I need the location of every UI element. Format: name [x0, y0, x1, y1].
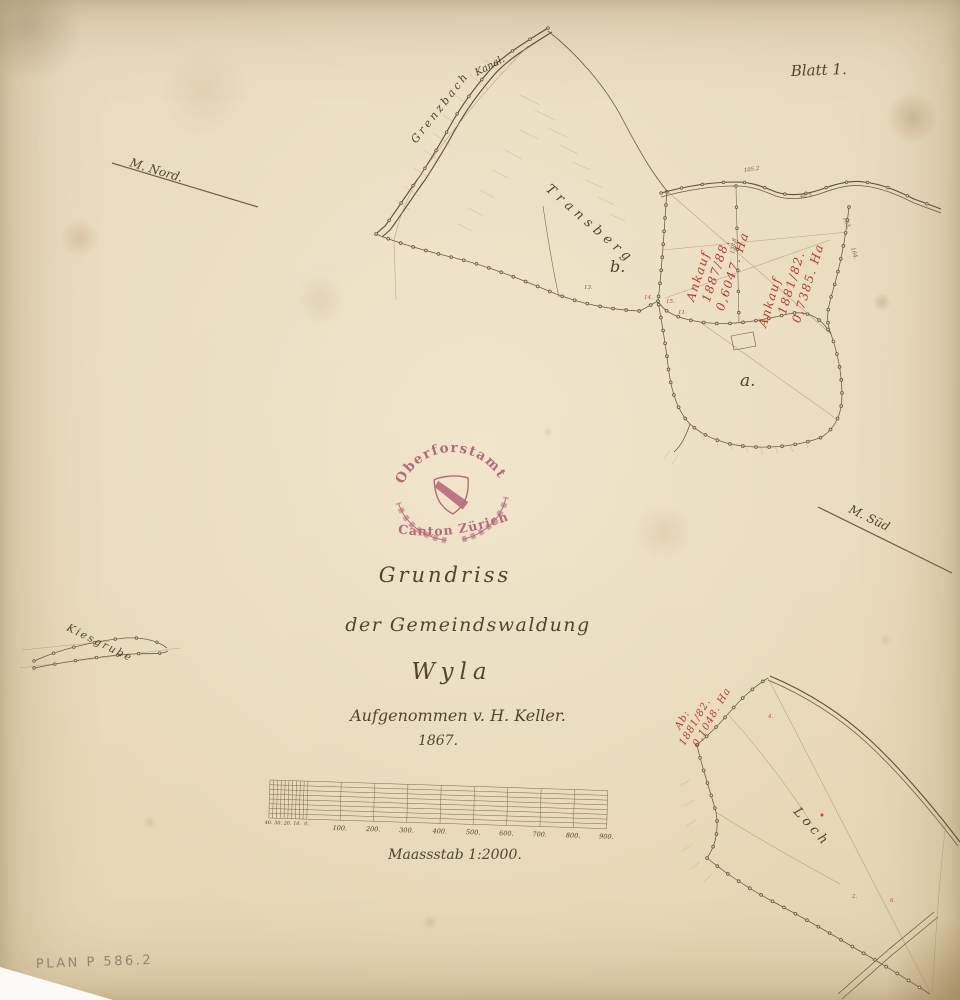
- grenzbach-stream-2: [382, 32, 552, 237]
- red-point-number: 15.: [666, 299, 675, 305]
- grenzbach-label: Grenzbach: [408, 69, 472, 146]
- loch-parcel: Loch 4. 2. 6.: [680, 676, 960, 999]
- scale-tick: 800.: [566, 831, 581, 839]
- north-label: M. Nord.: [127, 155, 185, 185]
- archive-number-pencil: PLAN P 586.2: [36, 953, 154, 972]
- scale-tick: 100.: [332, 824, 347, 832]
- title-line-2: der Gemeindswaldung: [345, 614, 590, 636]
- parcel-a: a.: [658, 301, 842, 464]
- meridian-north: M. Nord.: [112, 155, 258, 207]
- transberg-label: Transberg: [542, 182, 637, 268]
- title-line-4: Aufgenommen v. H. Keller.: [348, 706, 566, 725]
- map-canvas: M. Nord. M. Süd Grenzbach Kanal. Transbe…: [0, 0, 960, 1000]
- survey-number: 11.: [678, 310, 687, 316]
- survey-number: 13.: [584, 285, 593, 291]
- scale-tick: 200.: [365, 825, 381, 833]
- parcel-b-label: b.: [610, 257, 625, 276]
- terrain-hatching-transberg: [396, 48, 625, 231]
- road-corner: [838, 912, 938, 999]
- scale-tick: 900.: [599, 832, 614, 840]
- title-line-1: Grundriss: [379, 563, 512, 587]
- red-point-number: 4.: [767, 714, 773, 720]
- kiesgrube-parcel: Kiesgrube: [20, 621, 180, 668]
- grenzbach-stream: [377, 28, 548, 233]
- sheet-label: Blatt 1.: [790, 60, 847, 80]
- scale-minor-tick: 40.: [264, 820, 273, 826]
- stamp-top-text: Oberforstamt: [390, 437, 510, 487]
- loch-label: Loch: [789, 804, 833, 851]
- parcel-a-label: a.: [740, 371, 756, 391]
- red-annotation-ankauf-1887: Ankauf 1887/88. 0,6047. Ha: [683, 220, 752, 313]
- survey-number: 163.: [841, 217, 851, 231]
- survey-number: 105.2: [743, 166, 760, 174]
- scale-minor-tick: 20.: [283, 820, 292, 826]
- south-label: M. Süd: [846, 502, 892, 534]
- title-block: Grundriss der Gemeindswaldung Wyla Aufge…: [345, 563, 590, 749]
- survey-number: 164.: [849, 247, 859, 261]
- scale-minor-tick: 0.: [304, 821, 309, 827]
- transberg-parcel: Grenzbach Kanal. Transberg b.: [376, 28, 667, 311]
- red-point-number: 6.: [890, 898, 895, 904]
- scale-tick: 300.: [399, 826, 414, 834]
- building-footprint: [731, 332, 756, 350]
- scale-caption: Maassstab 1:2000.: [387, 847, 522, 863]
- red-point-number: 2.: [851, 894, 857, 900]
- red-point-number: 14.: [644, 295, 653, 301]
- survey-number: 40.5: [799, 193, 813, 200]
- scale-minor-tick: 30.: [274, 820, 282, 826]
- loch-edge-hatching: [680, 780, 712, 882]
- red-annotation-ankauf-1881: Ankauf 1881/82. 0,7385. Ha: [755, 233, 826, 339]
- parcel-a-edge-hatching: [664, 432, 808, 464]
- scale-tick: 500.: [466, 828, 481, 836]
- scale-bar: 100. 200. 300. 400. 500. 600. 700. 800. …: [264, 780, 615, 841]
- scale-tick: 400.: [431, 827, 447, 835]
- title-line-3: Wyla: [411, 659, 492, 685]
- red-survey-mark: [821, 814, 824, 817]
- red-annotation-ab-1881: Ab: 1881/82. 0,1048. Ha: [667, 674, 733, 754]
- title-line-5: 1867.: [418, 733, 458, 749]
- svg-text:Oberforstamt: Oberforstamt: [390, 437, 510, 487]
- shield-bend: [434, 479, 469, 511]
- scale-tick: 600.: [499, 829, 514, 837]
- meridian-south: M. Süd: [818, 502, 952, 573]
- oberforstamt-stamp: Oberforstamt Canton Zürich: [390, 437, 513, 543]
- scale-minor-tick: 10.: [293, 821, 301, 827]
- scale-tick: 700.: [532, 830, 547, 838]
- kanal-label: Kanal.: [472, 54, 506, 79]
